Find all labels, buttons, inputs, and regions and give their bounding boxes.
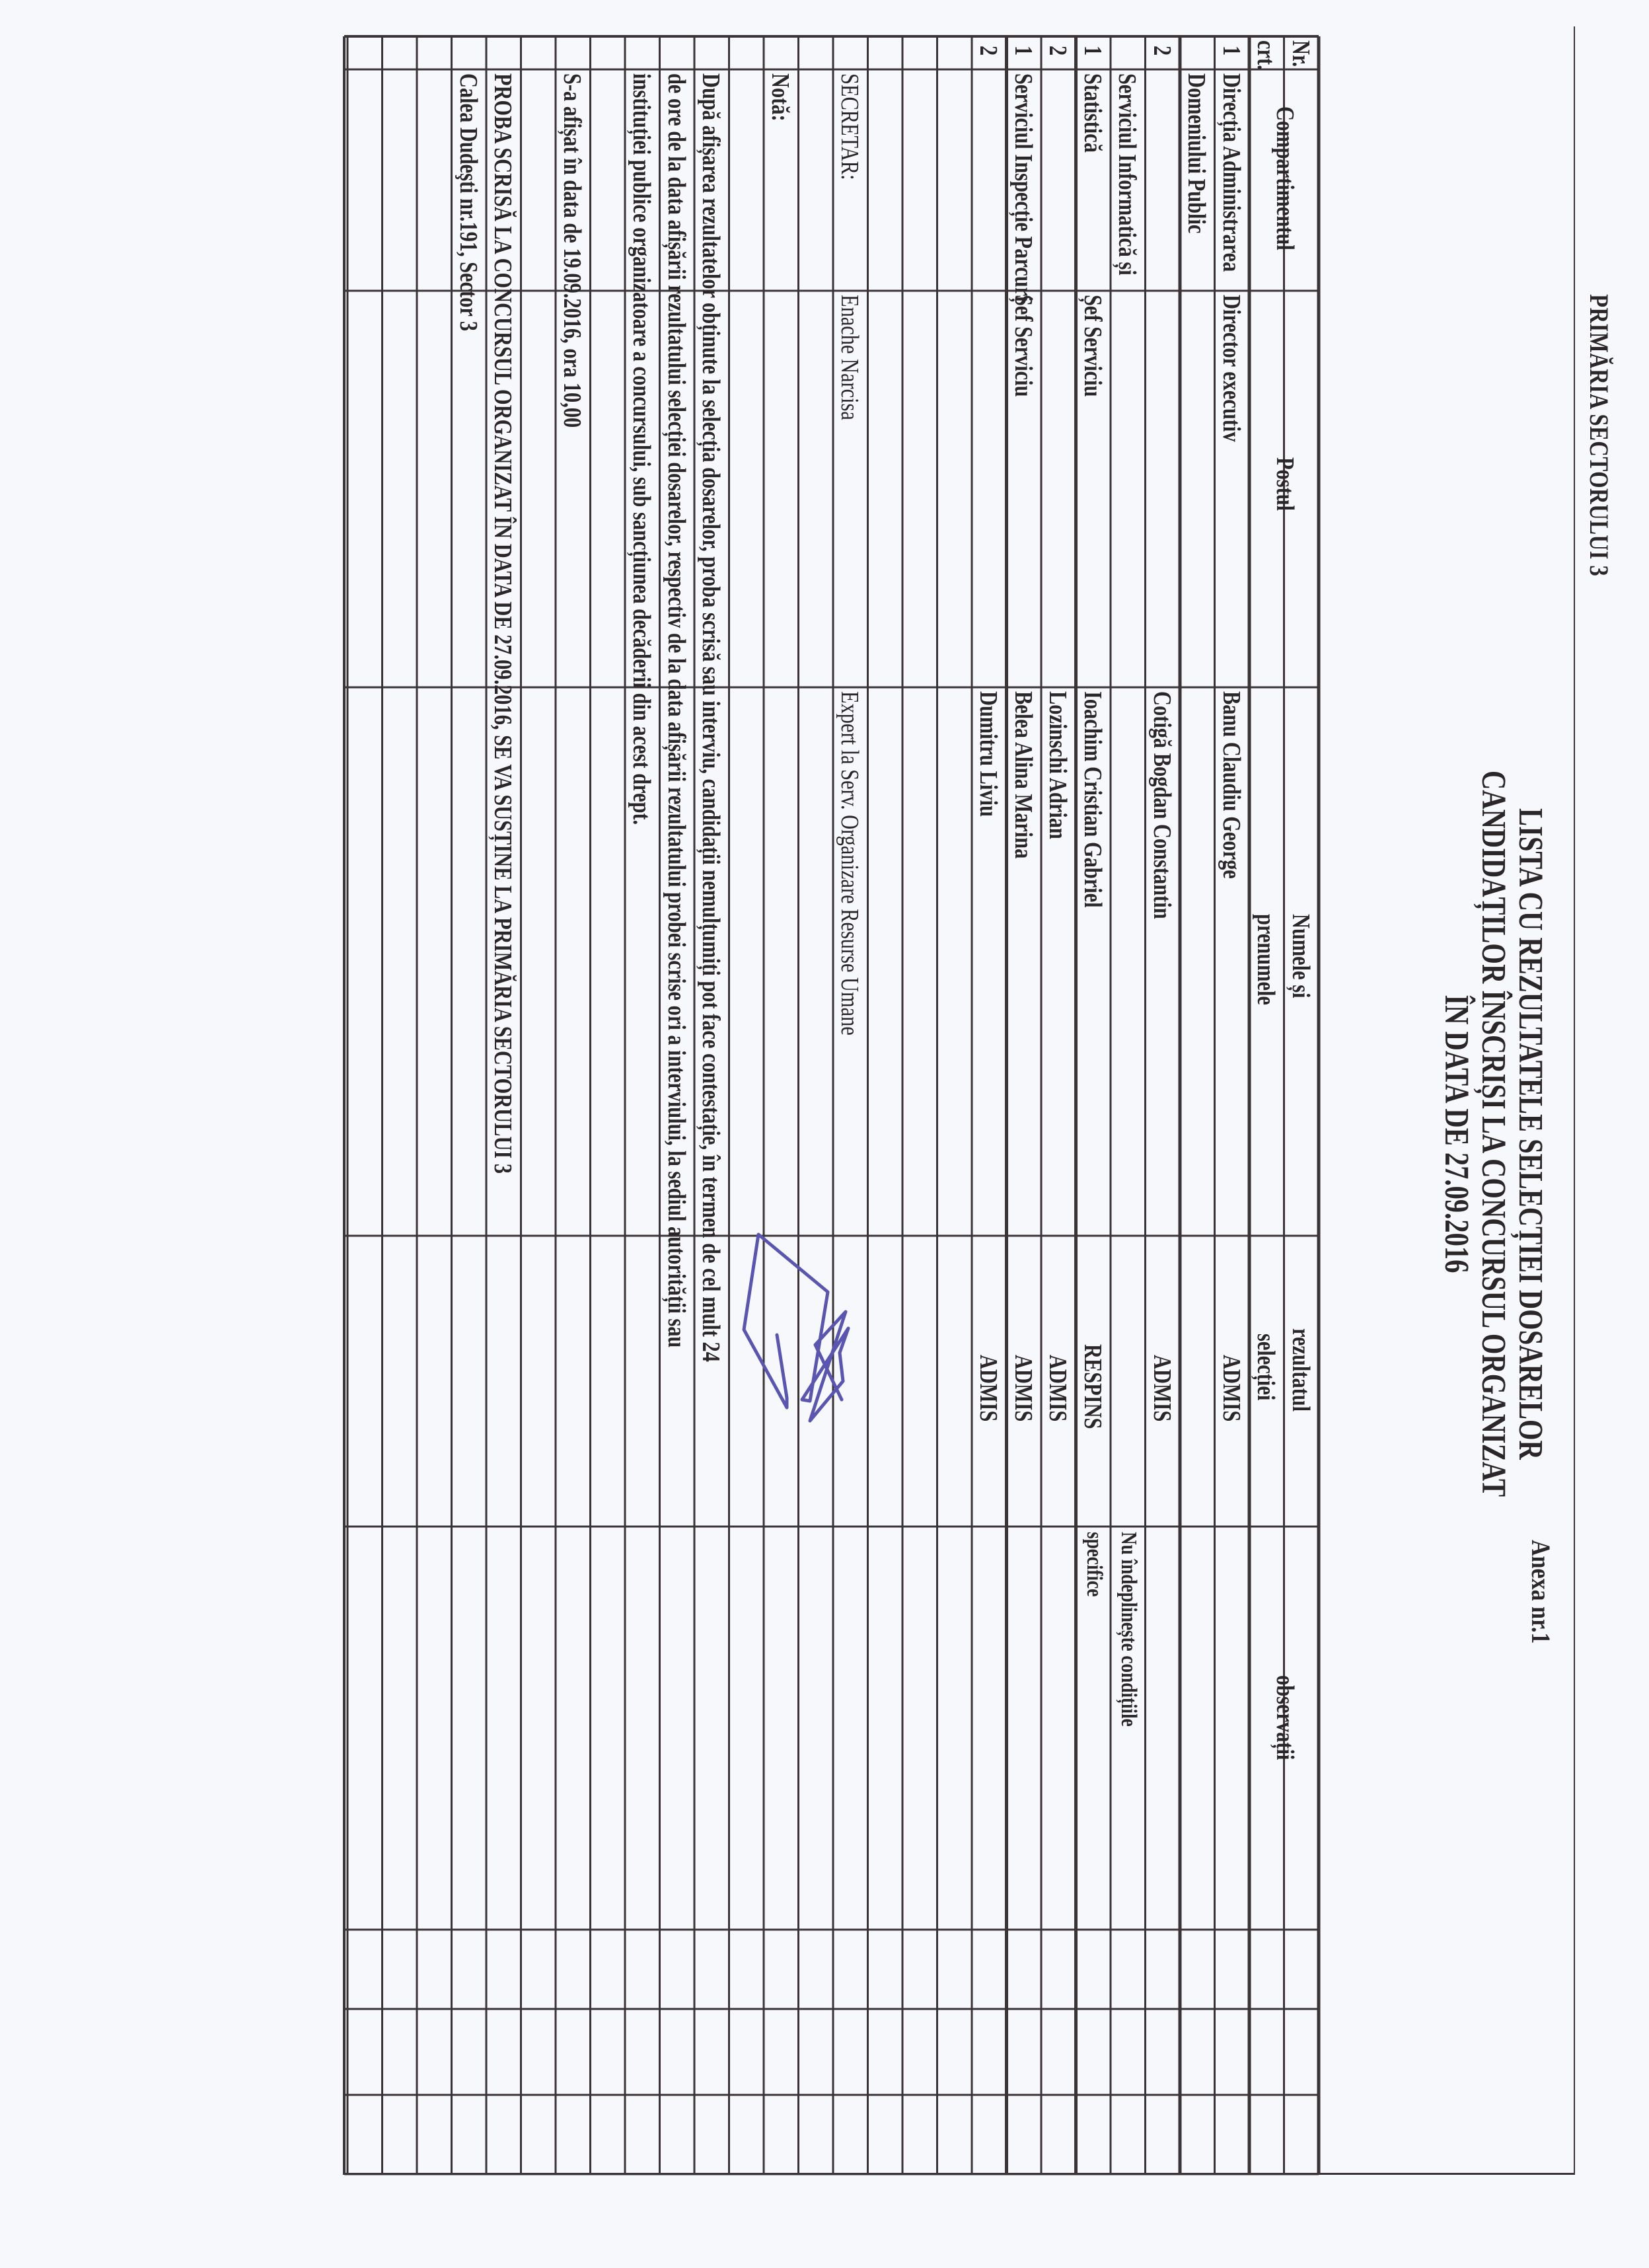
secretary-signature: [0, 0, 1649, 2268]
document-page: PRIMĂRIA SECTORULUI 3 Anexa nr.1 LISTA C…: [0, 0, 1649, 2268]
